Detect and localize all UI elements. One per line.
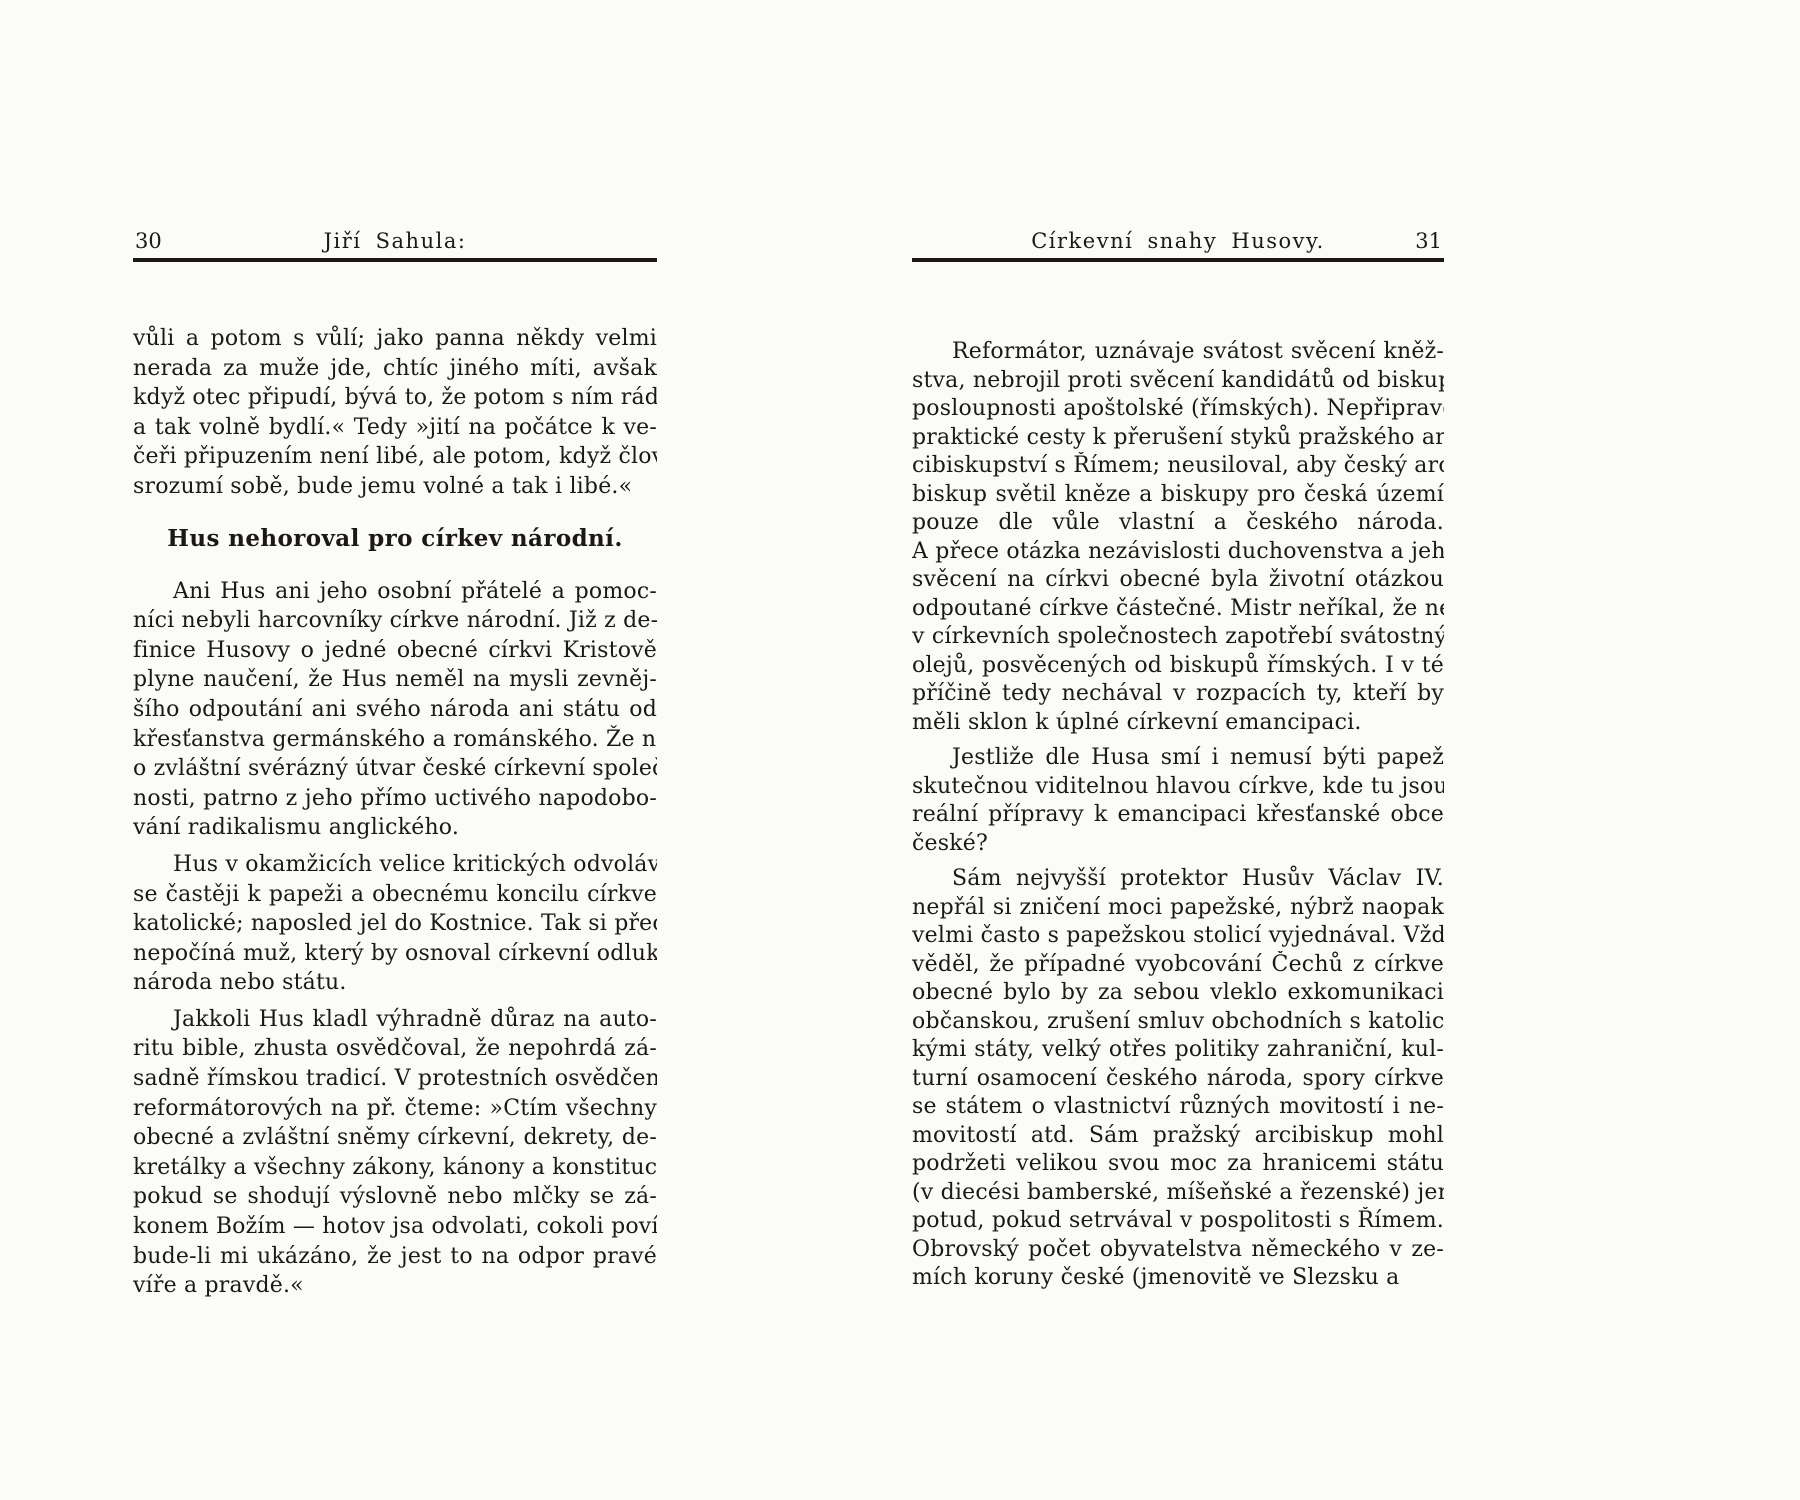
text-line: v církevních společnostech zapotřebí svá…: [912, 623, 1444, 652]
text-line: když otec připudí, bývá to, že potom s n…: [133, 383, 657, 413]
text-line: vůli a potom s vůlí; jako panna někdy ve…: [133, 324, 657, 354]
text-line: nepřál si zničení moci papežské, nýbrž n…: [912, 894, 1444, 923]
text-line: podržeti velikou svou moc za hranicemi s…: [912, 1150, 1444, 1179]
right-running-title: Církevní snahy Husovy.: [912, 226, 1444, 256]
paragraph: Jakkoli Hus kladl výhradně důraz na auto…: [133, 1005, 657, 1301]
text-line: bude-li mi ukázáno, že jest to na odpor …: [133, 1242, 657, 1272]
text-line: kretálky a všechny zákony, kánony a kons…: [133, 1153, 657, 1183]
left-body-text: vůli a potom s vůlí; jako panna někdy ve…: [133, 324, 657, 1301]
paragraph: Jestliže dle Husa smí i nemusí býti pape…: [912, 744, 1444, 858]
text-line: Jakkoli Hus kladl výhradně důraz na auto…: [133, 1005, 657, 1035]
text-line: Ani Hus ani jeho osobní přátelé a pomoc-: [133, 577, 657, 607]
right-body-text: Reformátor, uznávaje svátost svěcení kně…: [912, 338, 1444, 1293]
text-line: Sám nejvyšší protektor Husův Václav IV.: [912, 865, 1444, 894]
text-line: stva, nebrojil proti svěcení kandidátů o…: [912, 367, 1444, 396]
text-line: Hus v okamžicích velice kritických odvol…: [133, 850, 657, 880]
paragraph: Ani Hus ani jeho osobní přátelé a pomoc-…: [133, 577, 657, 843]
text-line: reformátorových na př. čteme: »Ctím všec…: [133, 1094, 657, 1124]
paragraph: Sám nejvyšší protektor Husův Václav IV.n…: [912, 865, 1444, 1293]
text-line: plyne naučení, že Hus neměl na mysli zev…: [133, 665, 657, 695]
text-line: srozumí sobě, bude jemu volné a tak i li…: [133, 472, 657, 502]
text-line: obecné bylo by za sebou vleklo exkomunik…: [912, 979, 1444, 1008]
text-line: turní osamocení českého národa, spory cí…: [912, 1065, 1444, 1094]
text-line: víře a pravdě.«: [133, 1271, 657, 1301]
text-line: měli sklon k úplné církevní emancipaci.: [912, 709, 1444, 738]
text-line: katolické; naposled jel do Kostnice. Tak…: [133, 909, 657, 939]
text-line: odpoutané církve částečné. Mistr neříkal…: [912, 595, 1444, 624]
left-running-title: Jiří Sahula:: [133, 226, 657, 256]
text-line: nosti, patrno z jeho přímo uctivého napo…: [133, 784, 657, 814]
text-line: ritu bible, zhusta osvědčoval, že nepohr…: [133, 1034, 657, 1064]
text-line: Reformátor, uznávaje svátost svěcení kně…: [912, 338, 1444, 367]
text-line: čeři připuzením není libé, ale potom, kd…: [133, 442, 657, 472]
text-line: konem Božím — hotov jsa odvolati, cokoli…: [133, 1212, 657, 1242]
text-line: národa nebo státu.: [133, 968, 657, 998]
text-line: občanskou, zrušení smluv obchodních s ka…: [912, 1008, 1444, 1037]
text-line: a tak volně bydlí.« Tedy »jití na počátc…: [133, 413, 657, 443]
right-page-header: Církevní snahy Husovy. 31: [912, 226, 1444, 256]
paragraph: Hus v okamžicích velice kritických odvol…: [133, 850, 657, 998]
text-line: křesťanstva germánského a románského. Že…: [133, 725, 657, 755]
text-line: cibiskupství s Římem; neusiloval, aby če…: [912, 452, 1444, 481]
text-line: české?: [912, 830, 1444, 859]
text-line: obecné a zvláštní sněmy církevní, dekret…: [133, 1123, 657, 1153]
text-line: se státem o vlastnictví různých movitost…: [912, 1093, 1444, 1122]
text-line: biskup světil kněze a biskupy pro česká …: [912, 481, 1444, 510]
text-line: se častěji k papeži a obecnému koncilu c…: [133, 880, 657, 910]
left-page-header: 30 Jiří Sahula:: [133, 226, 657, 256]
text-line: níci nebyli harcovníky církve národní. J…: [133, 606, 657, 636]
text-line: sadně římskou tradicí. V protestních osv…: [133, 1064, 657, 1094]
right-page-number: 31: [1415, 226, 1442, 256]
text-line: vání radikalismu anglického.: [133, 813, 657, 843]
text-line: mích koruny české (jmenovitě ve Slezsku …: [912, 1264, 1444, 1293]
text-line: svěcení na církvi obecné byla životní ot…: [912, 566, 1444, 595]
section-heading: Hus nehoroval pro církev národní.: [133, 525, 657, 552]
text-line: movitostí atd. Sám pražský arcibiskup mo…: [912, 1122, 1444, 1151]
text-line: pokud se shodují výslovně nebo mlčky se …: [133, 1182, 657, 1212]
left-page-number: 30: [135, 226, 162, 256]
text-line: potud, pokud setrvával v pospolitosti s …: [912, 1207, 1444, 1236]
right-header-rule: [912, 258, 1444, 262]
text-line: kými státy, velký otřes politiky zahrani…: [912, 1036, 1444, 1065]
text-line: Obrovský počet obyvatelstva německého v …: [912, 1236, 1444, 1265]
text-line: posloupnosti apoštolské (římských). Nepř…: [912, 395, 1444, 424]
text-line: příčině tedy nechával v rozpacích ty, kt…: [912, 680, 1444, 709]
paragraph: Reformátor, uznávaje svátost svěcení kně…: [912, 338, 1444, 737]
left-header-rule: [133, 258, 657, 262]
text-line: nepočíná muž, který by osnoval církevní …: [133, 939, 657, 969]
text-line: šího odpoutání ani svého národa ani stát…: [133, 695, 657, 725]
text-line: praktické cesty k přerušení styků pražsk…: [912, 424, 1444, 453]
text-line: (v diecési bamberské, míšeňské a řezensk…: [912, 1179, 1444, 1208]
left-page: 30 Jiří Sahula: vůli a potom s vůlí; jak…: [133, 226, 657, 1308]
paragraph: vůli a potom s vůlí; jako panna někdy ve…: [133, 324, 657, 502]
text-line: velmi často s papežskou stolicí vyjednáv…: [912, 922, 1444, 951]
text-line: skutečnou viditelnou hlavou církve, kde …: [912, 773, 1444, 802]
text-line: nerada za muže jde, chtíc jiného míti, a…: [133, 354, 657, 384]
text-line: pouze dle vůle vlastní a českého národa.: [912, 509, 1444, 538]
right-page: Církevní snahy Husovy. 31 Reformátor, uz…: [912, 226, 1444, 1300]
text-line: věděl, že případné vyobcování Čechů z cí…: [912, 951, 1444, 980]
text-line: reální přípravy k emancipaci křesťanské …: [912, 801, 1444, 830]
text-line: olejů, posvěcených od biskupů římských. …: [912, 652, 1444, 681]
text-line: o zvláštní svérázný útvar české církevní…: [133, 754, 657, 784]
text-line: A přece otázka nezávislosti duchovenstva…: [912, 538, 1444, 567]
text-line: finice Husovy o jedné obecné církvi Kris…: [133, 636, 657, 666]
text-line: Jestliže dle Husa smí i nemusí býti pape…: [912, 744, 1444, 773]
